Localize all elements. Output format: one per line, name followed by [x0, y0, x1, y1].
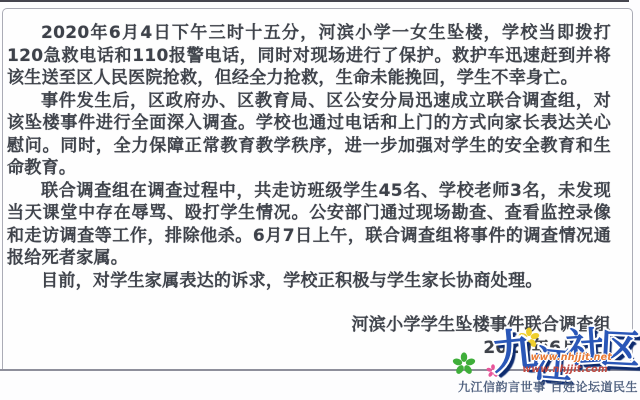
- watermark-url-net: www.nhjjit.net: [512, 352, 612, 364]
- notice-paragraph-2: 事件发生后，区政府办、区教育局、区公安分局迅速成立联合调查组，对该坠楼事件进行全…: [7, 90, 611, 180]
- notice-paragraph-1: 2020年6月4日下午三时十五分，河滨小学一女生坠楼，学校当即拨打120急救电话…: [7, 22, 611, 90]
- watermark-urls: www.nhjjit.net www.nhjjit.com: [512, 352, 612, 375]
- notice-paragraph-3: 联合调查组在调查过程中，共走访班级学生45名、学校老师3名，未发现当天课堂中存在…: [7, 180, 611, 270]
- screenshot-canvas: 2020年6月4日下午三时十五分，河滨小学一女生坠楼，学校当即拨打120急救电话…: [0, 0, 640, 400]
- slogan-left: 九江信韵言世事: [458, 378, 546, 395]
- watermark-slogan: 九江信韵言世事 百姓论坛道民生: [458, 378, 638, 395]
- green-flower-icon: [452, 352, 476, 376]
- slogan-right: 百姓论坛道民生: [550, 378, 638, 395]
- notice-paragraph-4: 目前，对学生家属表达的诉求，学校正积极与学生家长协商处理。: [7, 270, 611, 293]
- notice-document: 2020年6月4日下午三时十五分，河滨小学一女生坠楼，学校当即拨打120急救电话…: [2, 8, 633, 369]
- watermark-url-com: www.nhjjit.com: [512, 364, 608, 376]
- top-crop-line: [0, 0, 629, 2]
